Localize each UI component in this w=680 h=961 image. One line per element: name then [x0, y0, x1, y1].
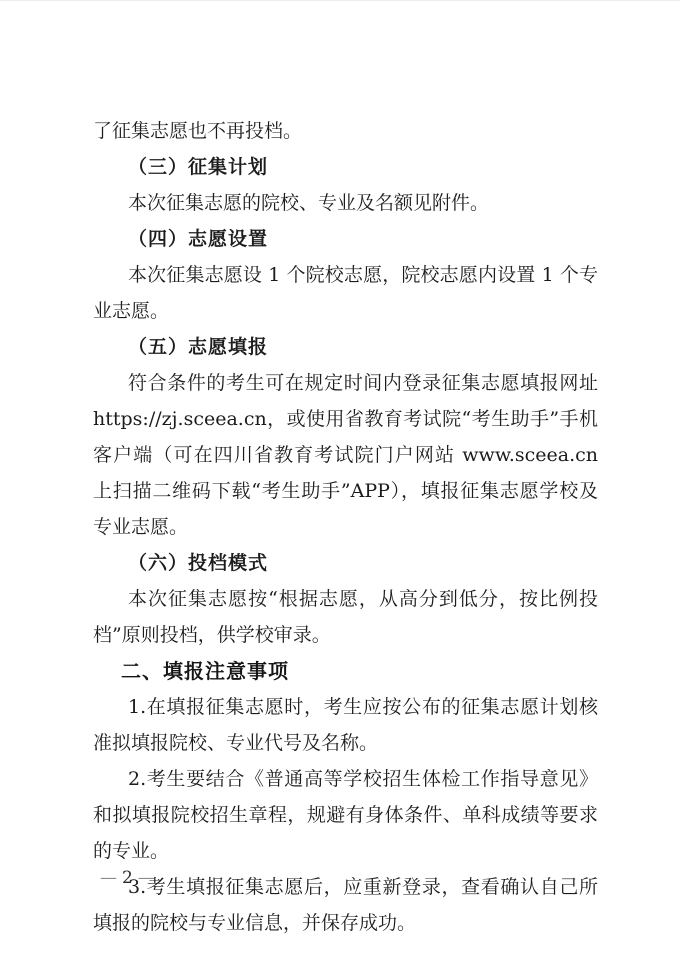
sub-heading-6-filing-mode: （六）投档模式	[93, 545, 598, 581]
paragraph: 2.考生要结合《普通高等学校招生体检工作指导意见》和拟填报院校招生章程，规避有身…	[93, 761, 598, 869]
document-page: 了征集志愿也不再投档。 （三）征集计划 本次征集志愿的院校、专业及名额见附件。 …	[0, 0, 680, 961]
paragraph: 符合条件的考生可在规定时间内登录征集志愿填报网址 https://zj.scee…	[93, 365, 598, 545]
sub-heading-5-volunteer-filling: （五）志愿填报	[93, 329, 598, 365]
page-number: —2—	[95, 867, 160, 889]
page-number-value: 2	[122, 868, 133, 888]
paragraph: 本次征集志愿按“根据志愿，从高分到低分，按比例投档”原则投档，供学校审录。	[93, 581, 598, 653]
section-heading-notes: 二、填报注意事项	[93, 653, 598, 689]
paragraph: 3.考生填报征集志愿后，应重新登录，查看确认自己所填报的院校与专业信息，并保存成…	[93, 869, 598, 941]
document-body: 了征集志愿也不再投档。 （三）征集计划 本次征集志愿的院校、专业及名额见附件。 …	[93, 113, 598, 941]
paragraph: 本次征集志愿的院校、专业及名额见附件。	[93, 185, 598, 221]
sub-heading-3-collection-plan: （三）征集计划	[93, 149, 598, 185]
page-number-right-dash: —	[133, 868, 160, 888]
page-number-left-dash: —	[95, 868, 122, 888]
paragraph: 了征集志愿也不再投档。	[93, 113, 598, 149]
paragraph: 1.在填报征集志愿时，考生应按公布的征集志愿计划核准拟填报院校、专业代号及名称。	[93, 689, 598, 761]
paragraph: 本次征集志愿设 1 个院校志愿，院校志愿内设置 1 个专业志愿。	[93, 257, 598, 329]
sub-heading-4-volunteer-setup: （四）志愿设置	[93, 221, 598, 257]
